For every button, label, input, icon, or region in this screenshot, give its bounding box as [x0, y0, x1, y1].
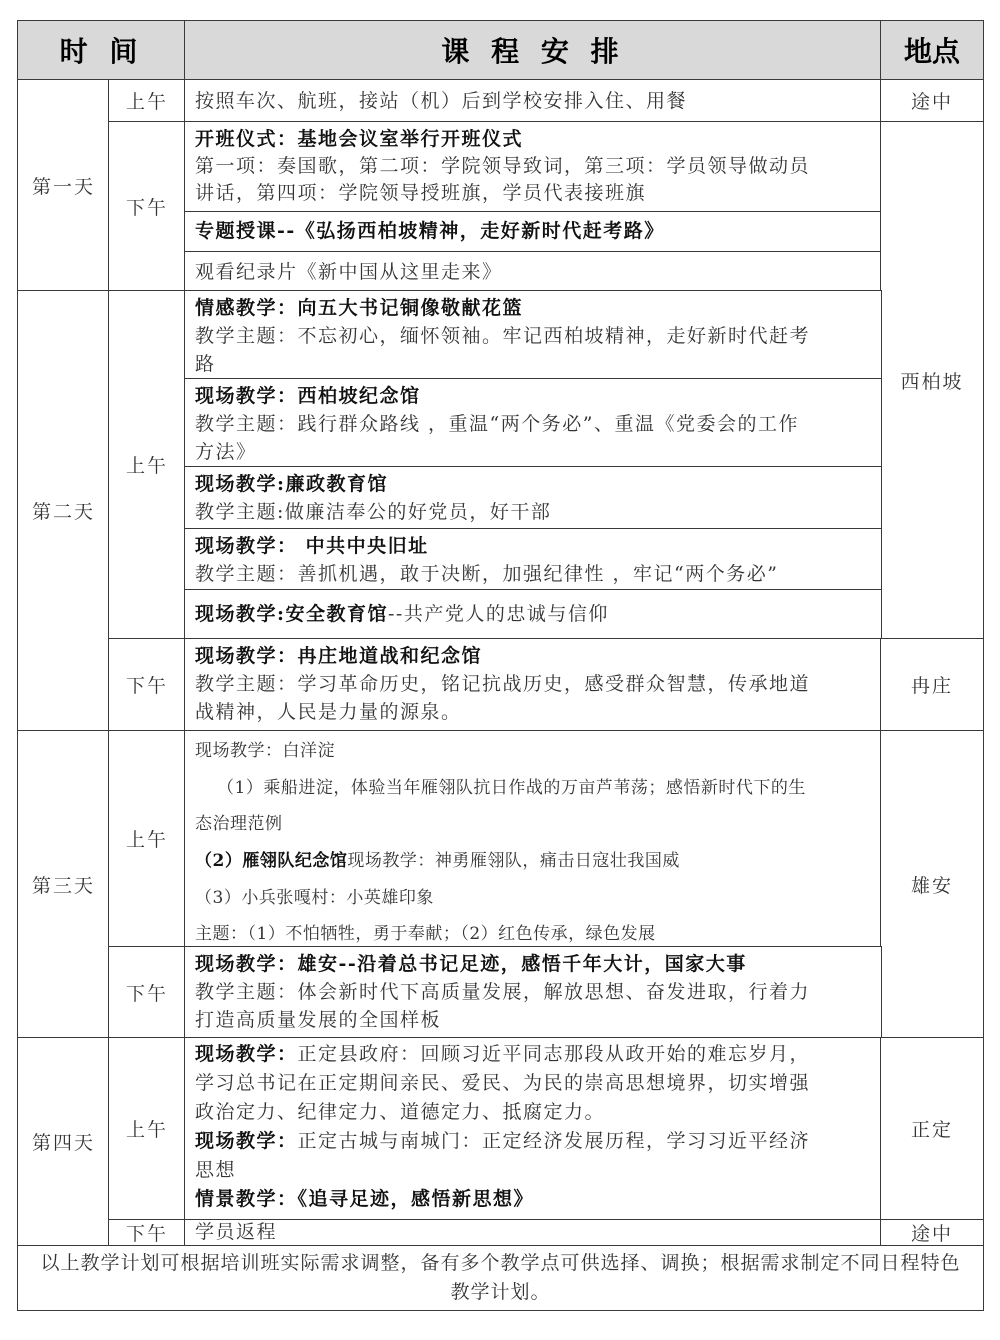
- location-label: 正定: [911, 1115, 953, 1142]
- day-4-label: 第四天: [32, 1128, 95, 1155]
- schedule-item: 现场教学： 中共中央旧址 教学主题：善抓机遇，敢于决断，加强纪律性 ，牢记“两个…: [184, 528, 882, 590]
- day-1-am: 上午: [126, 87, 168, 114]
- location-cell: 正定: [880, 1037, 984, 1220]
- item-text: 政治定力、纪律定力、道德定力、抵腐定力。: [195, 1098, 871, 1127]
- item-text: 态治理范例: [195, 809, 871, 839]
- schedule-item: 学员返程: [184, 1219, 882, 1246]
- item-text: 战精神，人民是力量的源泉。: [195, 698, 871, 726]
- item-title: 专题授课--《弘扬西柏坡精神，走好新时代赶考路》: [195, 219, 871, 243]
- schedule-item: 按照车次、航班，接站（机）后到学校安排入住、用餐: [184, 79, 882, 122]
- item-text: --共产党人的忠诚与信仰: [388, 603, 609, 625]
- location-cell: 途中: [880, 79, 984, 122]
- location-cell: 雄安: [880, 730, 984, 1038]
- period-label: 上午: [108, 79, 186, 122]
- location-label: 途中: [911, 87, 953, 114]
- item-text: （3）小兵张嘎村：小英雄印象: [195, 883, 871, 913]
- schedule-item: 观看纪录片《新中国从这里走来》: [184, 251, 882, 291]
- day-4-am: 上午: [126, 1115, 168, 1142]
- day-label: 第四天: [17, 1037, 110, 1246]
- item-text: （1）乘船进淀，体验当年雁翎队抗日作战的万亩芦苇荡；感悟新时代下的生: [195, 767, 871, 809]
- schedule-item: 现场教学：西柏坡纪念馆 教学主题：践行群众路线 ，重温“两个务必”、重温《党委会…: [184, 378, 882, 467]
- item-text: 教学主题：学习革命历史，铭记抗战历史，感受群众智慧，传承地道: [195, 670, 871, 698]
- item-title: 现场教学:安全教育馆: [195, 603, 388, 625]
- day-2-am: 上午: [126, 451, 168, 478]
- item-title: 现场教学：冉庄地道战和纪念馆: [195, 642, 871, 670]
- item-title: （2）雁翎队纪念馆: [195, 851, 347, 871]
- item-text: 方法》: [195, 438, 871, 466]
- period-label: 上午: [108, 1037, 186, 1220]
- item-text: 教学主题：践行群众路线 ，重温“两个务必”、重温《党委会的工作: [195, 410, 871, 438]
- item-title: 现场教学：西柏坡纪念馆: [195, 382, 871, 410]
- item-text: 路: [195, 350, 871, 378]
- period-label: 下午: [108, 121, 186, 291]
- day-label: 第二天: [17, 290, 110, 731]
- schedule-item: 现场教学：正定县政府：回顾习近平同志那段从政开始的难忘岁月， 学习总书记在正定期…: [184, 1037, 882, 1220]
- item-title: 现场教学：: [195, 1043, 298, 1065]
- period-label: 上午: [108, 290, 186, 639]
- period-label: 下午: [108, 638, 186, 731]
- item-text: 打造高质量发展的全国样板: [195, 1006, 871, 1034]
- day-3-am: 上午: [126, 825, 168, 852]
- item-text: 现场教学：白洋淀: [195, 735, 871, 767]
- item-text: 观看纪录片《新中国从这里走来》: [195, 260, 871, 284]
- header-time-label: 时 间: [60, 30, 144, 70]
- footer-note: 以上教学计划可根据培训班实际需求调整，备有多个教学点可供选择、调换；根据需求制定…: [17, 1245, 984, 1311]
- footer-note-text: 以上教学计划可根据培训班实际需求调整，备有多个教学点可供选择、调换；根据需求制定…: [38, 1249, 963, 1307]
- day-4-pm: 下午: [126, 1219, 168, 1246]
- period-label: 下午: [108, 1219, 186, 1246]
- location-label: 冉庄: [911, 671, 953, 698]
- header-location-label: 地点: [904, 30, 960, 70]
- header-time: 时 间: [17, 20, 186, 80]
- header-location: 地点: [880, 20, 984, 80]
- schedule-item: 现场教学:安全教育馆--共产党人的忠诚与信仰: [184, 589, 882, 639]
- day-1-label: 第一天: [32, 172, 95, 199]
- day-2-pm: 下午: [126, 671, 168, 698]
- header-schedule-label: 课 程 安 排: [441, 30, 624, 70]
- item-text: 教学主题：体会新时代下高质量发展，解放思想、奋发进取，行着力: [195, 978, 871, 1006]
- item-title: 情感教学：向五大书记铜像敬献花篮: [195, 294, 871, 322]
- item-text: 现场教学：神勇雁翎队，痛击日寇壮我国威: [347, 851, 680, 871]
- location-cell: 冉庄: [880, 638, 984, 731]
- item-title: 现场教学： 中共中央旧址: [195, 532, 871, 560]
- item-title: 现场教学：: [195, 1130, 298, 1152]
- day-2-label: 第二天: [32, 497, 95, 524]
- location-label: 西柏坡: [900, 367, 963, 394]
- day-3-label: 第三天: [32, 871, 95, 898]
- location-label: 途中: [911, 1219, 953, 1246]
- item-title: 开班仪式：基地会议室举行开班仪式: [195, 126, 871, 153]
- item-text: 教学主题：善抓机遇，敢于决断，加强纪律性 ，牢记“两个务必”: [195, 560, 871, 588]
- schedule-item: 现场教学:廉政教育馆 教学主题:做廉洁奉公的好党员，好干部: [184, 466, 882, 529]
- item-title: 情景教学：《追寻足迹，感悟新思想》: [195, 1185, 871, 1214]
- day-label: 第三天: [17, 730, 110, 1038]
- item-text: 教学主题:做廉洁奉公的好党员，好干部: [195, 498, 871, 526]
- item-text: 学员返程: [195, 1220, 871, 1244]
- period-label: 下午: [108, 946, 186, 1038]
- item-text: 思想: [195, 1156, 871, 1185]
- item-title: 现场教学：雄安--沿着总书记足迹，感悟千年大计，国家大事: [195, 950, 871, 978]
- schedule-item: 专题授课--《弘扬西柏坡精神，走好新时代赶考路》: [184, 211, 882, 252]
- day-3-pm: 下午: [126, 979, 168, 1006]
- item-text: 第一项：奏国歌，第二项：学院领导致词，第三项：学员领导做动员: [195, 153, 871, 180]
- period-label: 上午: [108, 730, 186, 947]
- schedule-item: 现场教学：白洋淀 （1）乘船进淀，体验当年雁翎队抗日作战的万亩芦苇荡；感悟新时代…: [184, 730, 882, 947]
- header-schedule: 课 程 安 排: [184, 20, 882, 80]
- location-cell: 途中: [880, 1219, 984, 1246]
- item-text: 讲话，第四项：学院领导授班旗，学员代表接班旗: [195, 180, 871, 207]
- schedule-item: 开班仪式：基地会议室举行开班仪式 第一项：奏国歌，第二项：学院领导致词，第三项：…: [184, 121, 882, 212]
- location-label: 雄安: [911, 871, 953, 898]
- item-text: 教学主题：不忘初心，缅怀领袖。牢记西柏坡精神，走好新时代赶考: [195, 322, 871, 350]
- schedule-item: 情感教学：向五大书记铜像敬献花篮 教学主题：不忘初心，缅怀领袖。牢记西柏坡精神，…: [184, 290, 882, 379]
- item-text: 正定古城与南城门：正定经济发展历程，学习习近平经济: [298, 1130, 811, 1152]
- item-title: 现场教学:廉政教育馆: [195, 470, 871, 498]
- schedule-item: 现场教学：雄安--沿着总书记足迹，感悟千年大计，国家大事 教学主题：体会新时代下…: [184, 946, 882, 1038]
- location-cell: 西柏坡: [880, 121, 984, 639]
- day-1-pm: 下午: [126, 193, 168, 220]
- day-label: 第一天: [17, 79, 110, 291]
- schedule-item: 现场教学：冉庄地道战和纪念馆 教学主题：学习革命历史，铭记抗战历史，感受群众智慧…: [184, 638, 882, 731]
- item-text: 学习总书记在正定期间亲民、爱民、为民的崇高思想境界，切实增强: [195, 1069, 871, 1098]
- item-text: 按照车次、航班，接站（机）后到学校安排入住、用餐: [195, 89, 871, 113]
- item-text: 正定县政府：回顾习近平同志那段从政开始的难忘岁月，: [298, 1043, 811, 1065]
